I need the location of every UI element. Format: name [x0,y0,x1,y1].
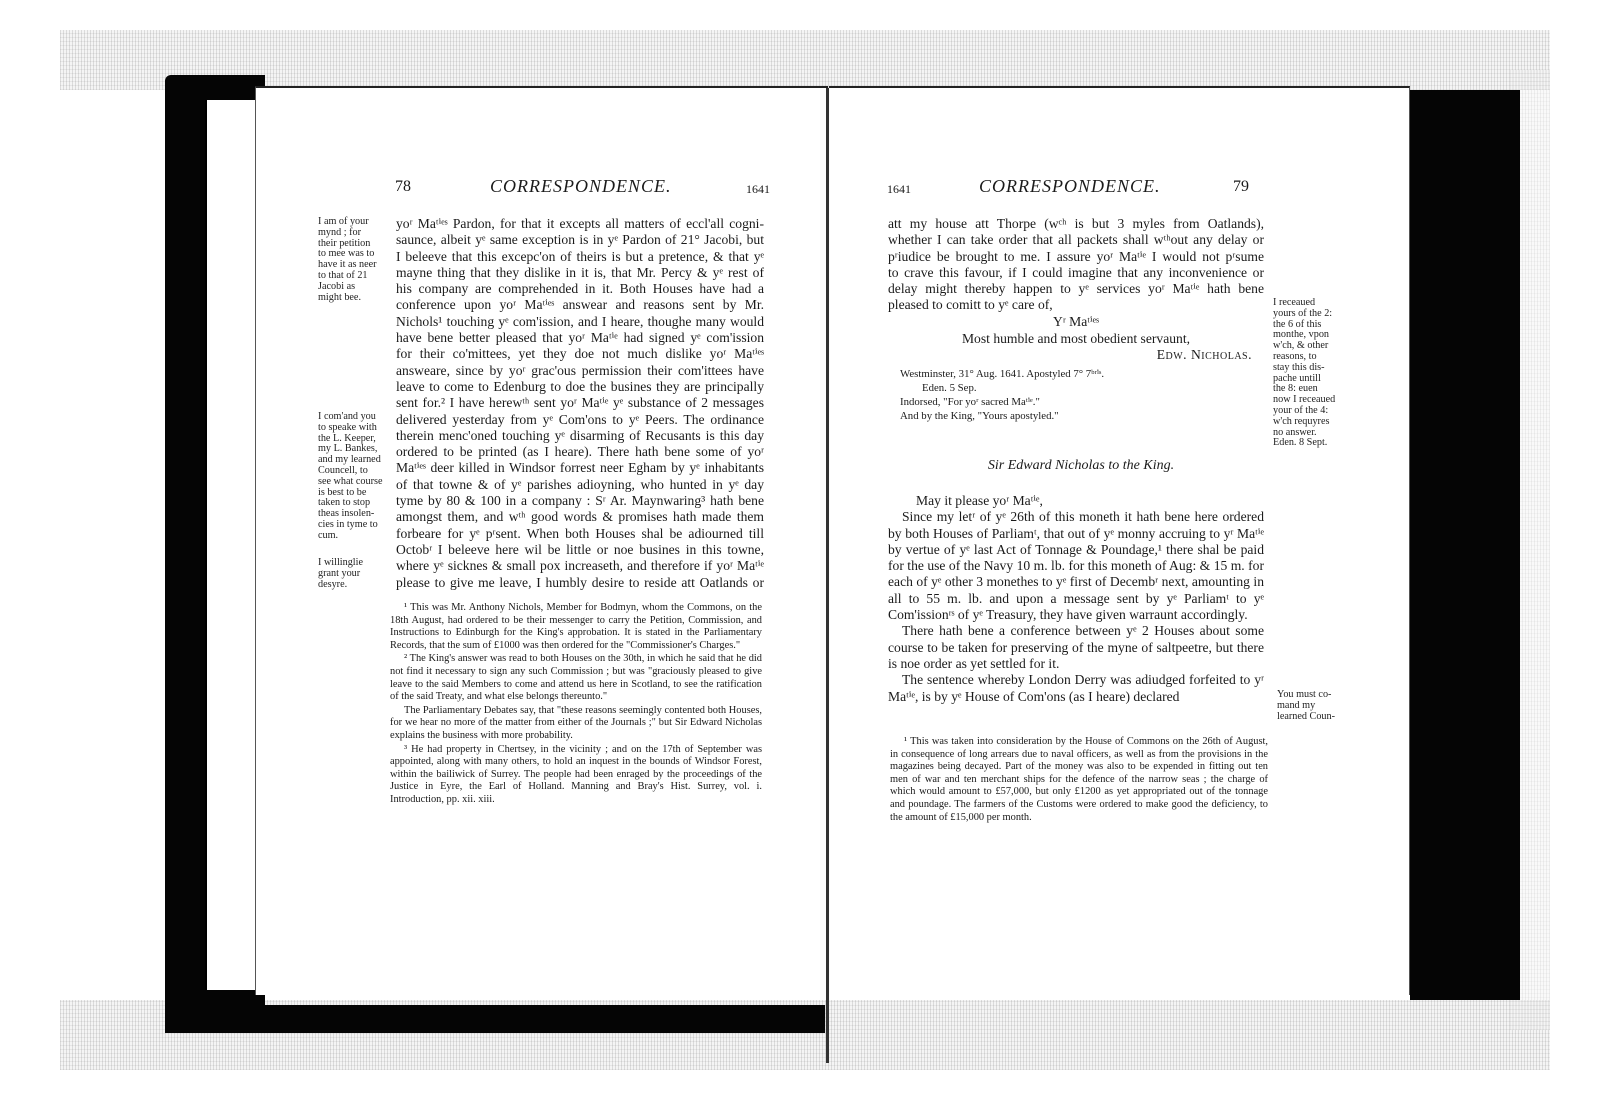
margin-note-line: mynd ; for [318,228,377,239]
margin-note: You must co-mand mylearned Coun- [1277,690,1335,722]
left-body-text: yoʳ Maᵗⁱᵉˢ Pardon, for that it excepts a… [396,216,764,591]
text-line: Nichols¹ touching yᵉ com'ission, and I h… [396,314,764,330]
running-year: 1641 [746,182,770,197]
running-title: CORRESPONDENCE. [979,176,1161,197]
footnote: The Parliamentary Debates say, that "the… [390,705,762,743]
paragraph: There hath bene a conference between yᵉ … [888,623,1264,672]
text-line: whether I can take order that all packet… [888,232,1264,248]
text-line: his company are comprehended in it. Both… [396,281,764,297]
book-cover-right [1410,90,1520,1000]
margin-note-line: grant your [318,569,363,580]
right-footnotes: ¹ This was taken into consideration by t… [890,736,1268,825]
paragraph: Since my letʳ of yᵉ 26th of this moneth … [888,509,1264,623]
page-number: 79 [1233,178,1249,196]
margin-note-line: learned Coun- [1277,712,1335,723]
page-edges [205,100,258,990]
text-line: to crave this favour, if I could imagine… [888,265,1264,281]
text-line: tyme by 80 & 100 in a company : Sʳ Ar. M… [396,493,764,509]
footnote: ³ He had property in Chertsey, in the vi… [390,744,762,807]
margin-note: I receauedyours of the 2:the 6 of thismo… [1273,298,1335,449]
paragraph: The sentence whereby London Derry was ad… [888,672,1264,705]
left-footnotes: ¹ This was Mr. Anthony Nichols, Member f… [390,602,762,808]
text-line: att my house att Thorpe (wᶜʰ is but 3 my… [888,216,1264,232]
margin-note-line: mand my [1277,701,1335,712]
text-line: where yᵉ sicknes & small pox increaseth,… [396,558,764,574]
right-letter-body: May it please yoʳ Maᵗⁱᵉ, Since my letʳ o… [888,493,1264,705]
book-cover-bottom [165,1005,825,1033]
running-title: CORRESPONDENCE. [490,176,672,197]
text-line: mayne thing that they dislike in it is, … [396,265,764,281]
endorsement-line: Eden. 5 Sep. [900,381,1240,395]
running-year: 1641 [887,182,911,197]
letter-heading: Sir Edward Nicholas to the King. [888,458,1274,474]
text-line: Maᵗⁱᵉˢ deer killed in Windsor forrest ne… [396,460,764,476]
text-line: I beleeve that this excepc'on of theirs … [396,249,764,265]
text-line: for their co'mittees, yet they doe not m… [396,346,764,362]
endorsement: Westminster, 31° Aug. 1641. Apostyled 7°… [900,367,1240,423]
margin-note-line: cum. [318,531,383,542]
right-running-head: 1641 CORRESPONDENCE. 79 [887,176,1267,200]
text-line: conference upon yoʳ Maᵗⁱᵉˢ answear and r… [396,297,764,313]
margin-note-line: see what course [318,477,383,488]
text-line: pleased to comitt to yᵉ care of, [888,297,1264,313]
text-line: of that towne & of yᵉ parishes adioyning… [396,477,764,493]
right-body-text-top: att my house att Thorpe (wᶜʰ is but 3 my… [888,216,1264,314]
left-running-head: 78 CORRESPONDENCE. 1641 [395,176,770,200]
text-line: yoʳ Maᵗⁱᵉˢ Pardon, for that it excepts a… [396,216,764,232]
text-line: leave to come to Edenburg to doe the bus… [396,379,764,395]
text-line: delay might thereby happen to yᵉ service… [888,281,1264,297]
margin-note-line: might bee. [318,293,377,304]
text-line: ordered to be printed (as I heare). Ther… [396,444,764,460]
margin-note-line: to speake with [318,423,383,434]
footnote: ² The King's answer was read to both Hou… [390,653,762,703]
footnote: ¹ This was taken into consideration by t… [890,736,1268,824]
scan-background-top [60,30,1550,90]
text-line: sent for.² I have herewᵗʰ sent yoʳ Maᵗⁱᵉ… [396,395,764,411]
text-line: answeare, since by yoʳ grac'ous permissi… [396,363,764,379]
text-line: amongst them, and wᵗʰ good words & promi… [396,509,764,525]
margin-note: I am of yourmynd ; fortheir petitionto m… [318,217,377,303]
margin-note-line: yours of the 2: [1273,309,1335,320]
endorsement-line: And by the King, "Yours apostyled." [900,409,1240,423]
letter-signature: Edw. Nicholas. [888,347,1252,363]
margin-note-line: Eden. 8 Sept. [1273,438,1335,449]
letter-address: Yʳ Maᵗⁱᵉˢ [888,314,1264,330]
endorsement-line: Indorsed, "For yoʳ sacred Maᵗⁱᵉ." [900,395,1240,409]
footnote: ¹ This was Mr. Anthony Nichols, Member f… [390,602,762,652]
endorsement-line: Westminster, 31° Aug. 1641. Apostyled 7°… [900,367,1240,381]
text-line: Octobʳ I beleeve here wil be little or n… [396,542,764,558]
salutation: May it please yoʳ Maᵗⁱᵉ, [888,493,1264,509]
margin-note: I com'and youto speake withthe L. Keeper… [318,412,383,542]
margin-note: I willingliegrant yourdesyre. [318,558,363,590]
text-line: therein menc'oned touching yᵉ disarming … [396,428,764,444]
margin-note-line: desyre. [318,580,363,591]
text-line: have bene better pleased that yoʳ Maᵗⁱᵉ … [396,330,764,346]
text-line: please to give me leave, I humbly desire… [396,575,764,591]
letter-paragraphs: Since my letʳ of yᵉ 26th of this moneth … [888,509,1264,705]
text-line: pʳiudice be brought to me. I assure yoʳ … [888,249,1264,265]
margin-note-line: w'ch requyres [1273,417,1335,428]
margin-note-line: stay this dis- [1273,363,1335,374]
text-line: delivered yesterday from yᵉ Com'ons to y… [396,412,764,428]
page-number: 78 [395,178,411,196]
margin-note-line: Jacobi as [318,282,377,293]
letter-valediction: Most humble and most obedient servaunt, [888,331,1264,347]
text-line: forbeare for yᵉ pʳsent. When both Houses… [396,526,764,542]
text-line: saunce, albeit yᵉ same exception is in y… [396,232,764,248]
